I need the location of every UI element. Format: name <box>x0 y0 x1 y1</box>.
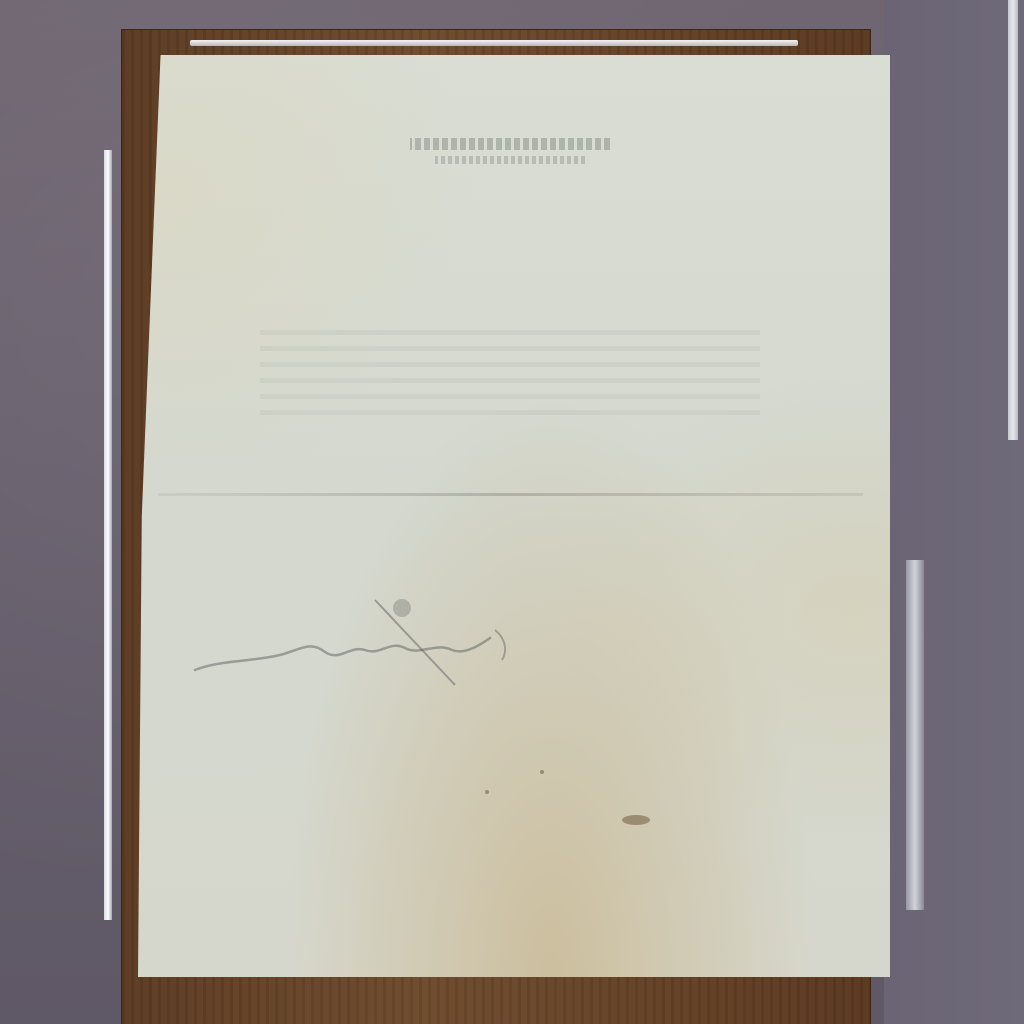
stain-spot <box>540 770 544 774</box>
acrylic-right-lower-edge <box>906 560 924 910</box>
acrylic-top-clip <box>190 40 798 46</box>
stain-spot <box>622 815 650 825</box>
signature-showthrough <box>190 590 520 690</box>
letterhead-line-2 <box>435 156 585 164</box>
aged-letter-paper <box>138 55 890 977</box>
acrylic-left-edge <box>104 150 112 920</box>
fold-crease <box>158 493 863 496</box>
backdrop-right-panel <box>884 0 1024 1024</box>
body-text-showthrough <box>260 330 760 420</box>
letterhead-line-1 <box>410 138 610 150</box>
letterhead-showthrough <box>400 138 620 164</box>
stain-spot <box>485 790 489 794</box>
glass-edge <box>1008 0 1018 440</box>
